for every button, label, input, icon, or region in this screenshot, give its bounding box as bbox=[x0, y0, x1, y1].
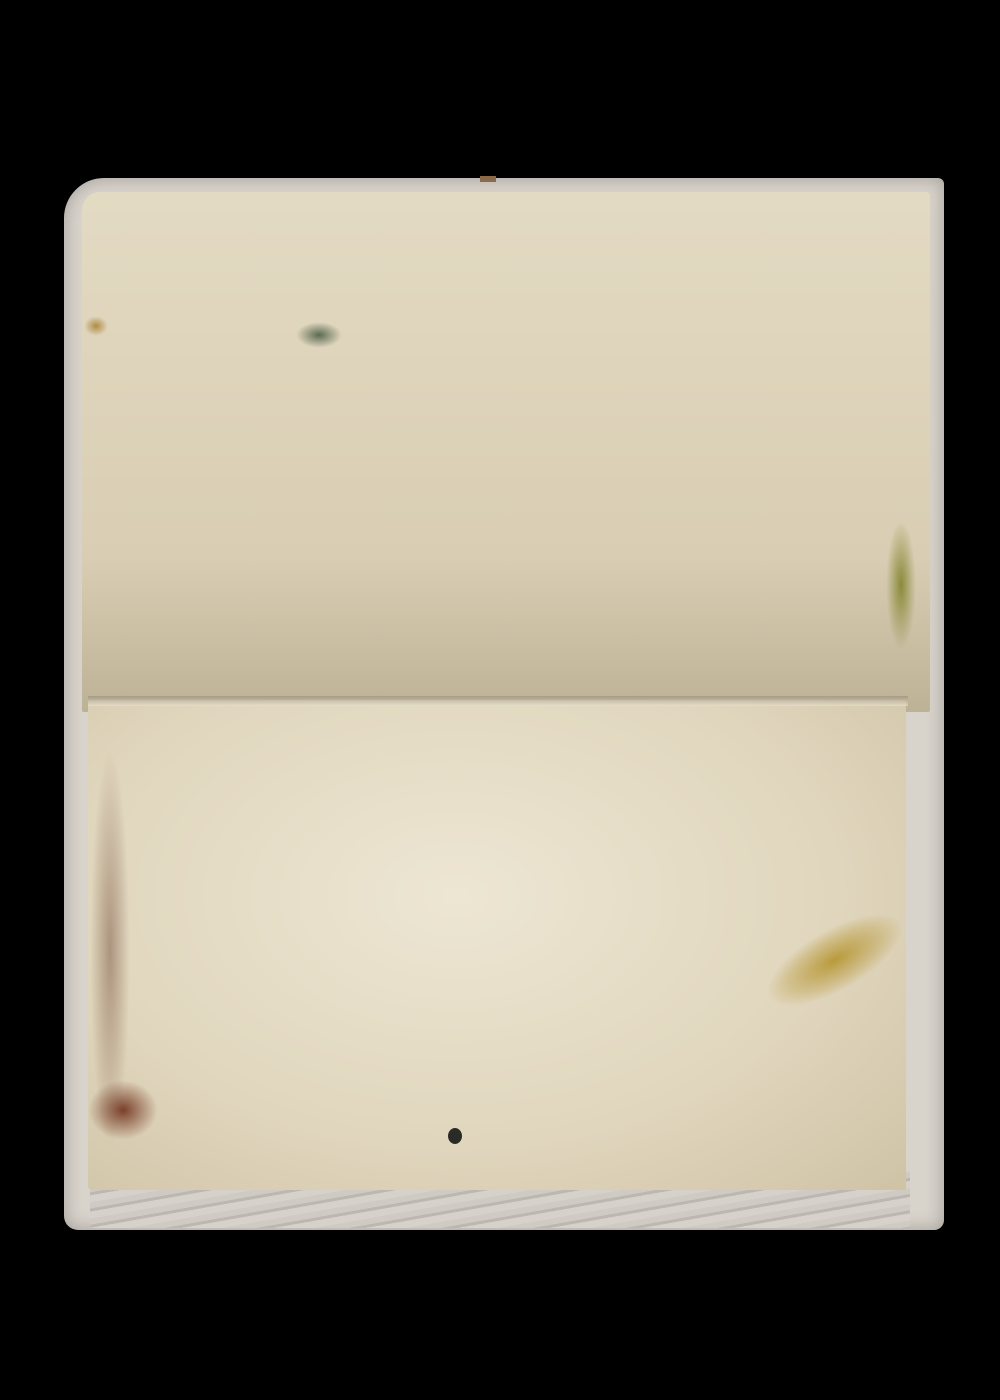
paper-tab bbox=[480, 176, 496, 182]
green-edge-stain bbox=[886, 520, 916, 650]
center-fold bbox=[88, 696, 908, 706]
foxing-stain bbox=[84, 316, 108, 336]
ink-spot bbox=[448, 1128, 462, 1144]
lower-page bbox=[88, 700, 906, 1190]
upper-page bbox=[82, 192, 930, 712]
mold-stain bbox=[296, 322, 342, 348]
left-edge-discoloration bbox=[90, 750, 130, 1150]
